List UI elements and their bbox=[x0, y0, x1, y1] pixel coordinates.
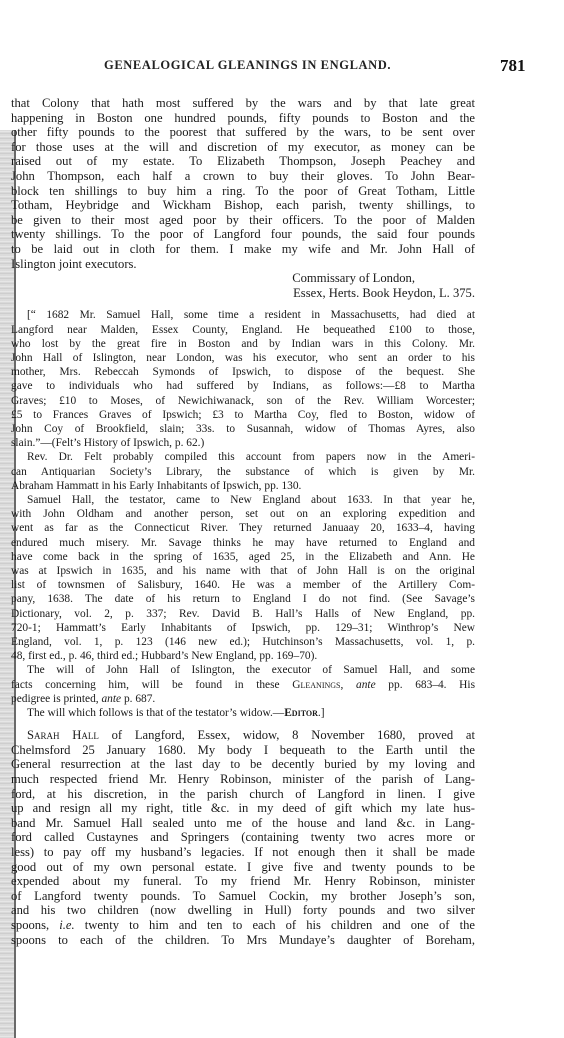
text-line: Totham, Heybridge and Wickham Bishop, ea… bbox=[11, 198, 475, 213]
text-line: block ten shillings to buy him a ring. T… bbox=[11, 184, 475, 199]
testator-name: Sarah Hall bbox=[27, 728, 99, 742]
text-line: for those uses at the will and discretio… bbox=[11, 140, 475, 155]
text-line: twenty shillings. To the poor of Langfor… bbox=[11, 227, 475, 242]
text-line: to be laid out in cloth for them. I make… bbox=[11, 242, 475, 257]
will-line: of Langford twenty pounds. To Samuel Coc… bbox=[11, 889, 475, 904]
will-line: ford, at his discretion, in the parish c… bbox=[11, 787, 475, 802]
text-fragment: p. 687. bbox=[121, 693, 155, 705]
note-line: Langford near Malden, Essex County, Engl… bbox=[11, 323, 475, 337]
note-line: £5 to Frances Graves of Ipswich; £3 to M… bbox=[11, 408, 475, 422]
ante-italic: ante bbox=[101, 693, 121, 705]
editor-signature: Editor bbox=[284, 707, 318, 719]
text-line: happening in Boston one hundred pounds, … bbox=[11, 111, 475, 126]
text-fragment: pp. 683–4. His bbox=[376, 679, 475, 691]
note-line: pany, 1638. The date of his return to En… bbox=[11, 592, 475, 606]
text-fragment: The will which follows is that of the te… bbox=[27, 707, 284, 719]
note-line: with John Oldham and another person, set… bbox=[11, 507, 475, 521]
note-line: slain.”—(Felt’s History of Ipswich, p. 6… bbox=[11, 436, 475, 450]
text-fragment: spoons, bbox=[11, 918, 59, 932]
will-line: ford called Custaynes and Springers (con… bbox=[11, 830, 475, 845]
text-fragment: .] bbox=[318, 707, 325, 719]
note-line: [“ 1682 Mr. Samuel Hall, some time a res… bbox=[11, 308, 475, 322]
gleanings-small-caps: Gleanings bbox=[292, 679, 340, 691]
note-line: who lost by the great fire in Boston and… bbox=[11, 337, 475, 351]
note-line: pedigree is printed, ante p. 687. bbox=[11, 692, 475, 706]
note-line: list of townsmen of Salisbury, 1640. He … bbox=[11, 578, 475, 592]
text-line: raised out of my estate. To Elizabeth Th… bbox=[11, 154, 475, 169]
will-line: and his two children (now dwelling in Hu… bbox=[11, 903, 475, 918]
page-body: that Colony that hath most suffered by t… bbox=[11, 96, 475, 947]
note-line: mother, Mrs. Rebeccah Symonds of Ipswich… bbox=[11, 365, 475, 379]
text-fragment: , bbox=[341, 679, 357, 691]
note-line: John Coy of Brookfield, slain; 33s. to S… bbox=[11, 422, 475, 436]
text-line: that Colony that hath most suffered by t… bbox=[11, 96, 475, 111]
will-line: General resurrection at the last day to … bbox=[11, 757, 475, 772]
will-line: less) to pay off my husband’s legacies. … bbox=[11, 845, 475, 860]
text-line: other fifty pounds to the poorest that s… bbox=[11, 125, 475, 140]
text-line: Islington joint executors. bbox=[11, 257, 475, 272]
will-line: good out of my own personal estate. I gi… bbox=[11, 860, 475, 875]
text-fragment: facts concerning him, will be found in t… bbox=[11, 679, 292, 691]
note-line: facts concerning him, will be found in t… bbox=[11, 678, 475, 692]
text-fragment: pedigree is printed, bbox=[11, 693, 101, 705]
note-line: John Hall of Islington, near London, was… bbox=[11, 351, 475, 365]
sarah-hall-will: Sarah Hall of Langford, Essex, widow, 8 … bbox=[11, 728, 475, 947]
page-header: GENEALOGICAL GLEANINGS IN ENGLAND. 781 bbox=[0, 58, 564, 80]
note-line: can Antiquarian Society’s Library, the s… bbox=[11, 465, 475, 479]
note-line: The will of John Hall of Islington, the … bbox=[11, 663, 475, 677]
ante-italic: ante bbox=[356, 679, 376, 691]
page-number: 781 bbox=[500, 56, 526, 76]
will-line: band Mr. Samuel Hall sealed unto me of t… bbox=[11, 816, 475, 831]
note-line: have come back in the spring of 1635, ag… bbox=[11, 550, 475, 564]
will-line: Chelmsford 25 January 1680. My body I be… bbox=[11, 743, 475, 758]
note-line: Dictionary, vol. 2, p. 337; Rev. David B… bbox=[11, 607, 475, 621]
note-line: Rev. Dr. Felt probably compiled this acc… bbox=[11, 450, 475, 464]
note-line: endured much misery. Mr. Savage thinks h… bbox=[11, 536, 475, 550]
running-title: GENEALOGICAL GLEANINGS IN ENGLAND. bbox=[104, 58, 391, 73]
will-line: much respected friend Mr. Henry Robinson… bbox=[11, 772, 475, 787]
note-line: Abraham Hammatt in his Early Inhabitants… bbox=[11, 479, 475, 493]
text-line: be given to their most aged poor by thei… bbox=[11, 213, 475, 228]
citation-line: Essex, Herts. Book Heydon, L. 375. bbox=[11, 286, 475, 301]
note-line: Graves; £10 to Moses, of Newichiwanack, … bbox=[11, 394, 475, 408]
editor-note: [“ 1682 Mr. Samuel Hall, some time a res… bbox=[11, 308, 475, 720]
will-line: spoons, i.e. twenty to him and ten to ea… bbox=[11, 918, 475, 933]
text-fragment: twenty to him and ten to each of his chi… bbox=[75, 918, 475, 932]
ie-italic: i.e. bbox=[59, 918, 74, 932]
will-line: expended about my funeral. To my friend … bbox=[11, 874, 475, 889]
note-line: 48, first ed., p. 46, third ed.; Hubbard… bbox=[11, 649, 475, 663]
note-line: 720-1; Hammatt’s Early Inhabitants of Ip… bbox=[11, 621, 475, 635]
citation-line: Commissary of London, bbox=[11, 271, 475, 286]
text-line: John Thompson, each half a crown to buy … bbox=[11, 169, 475, 184]
will-line: Sarah Hall of Langford, Essex, widow, 8 … bbox=[11, 728, 475, 743]
text-fragment: of Langford, Essex, widow, 8 November 16… bbox=[99, 728, 475, 742]
will-continuation: that Colony that hath most suffered by t… bbox=[11, 96, 475, 300]
note-line: gave to individuals who had suffered by … bbox=[11, 379, 475, 393]
will-line: up and resign all my right, title &c. in… bbox=[11, 801, 475, 816]
note-line: England, vol. 1, p. 123 (146 new ed.); H… bbox=[11, 635, 475, 649]
note-line: Samuel Hall, the testator, came to New E… bbox=[11, 493, 475, 507]
note-line: went as far as the Connecticut River. Th… bbox=[11, 521, 475, 535]
note-closing-line: The will which follows is that of the te… bbox=[11, 706, 475, 720]
note-line: was at Ipswich in 1635, and his name wit… bbox=[11, 564, 475, 578]
will-line: spoons to each of the children. To Mrs M… bbox=[11, 933, 475, 948]
